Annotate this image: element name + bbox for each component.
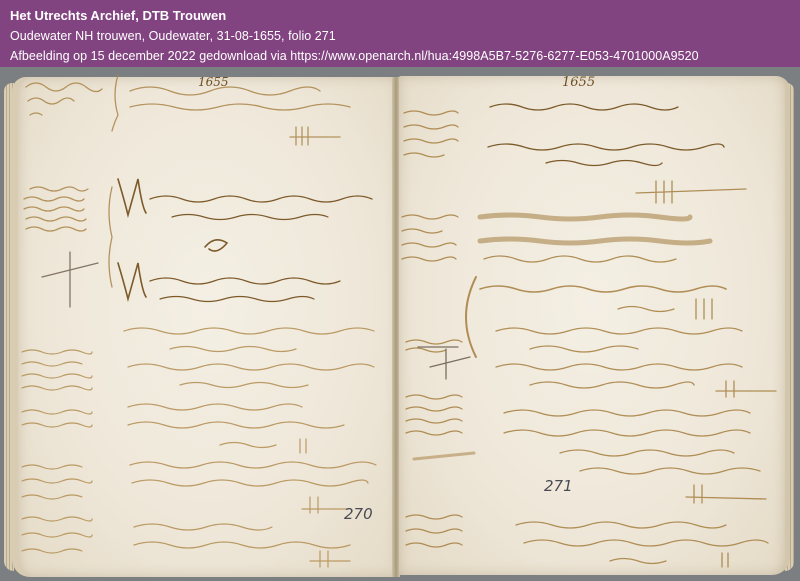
left-year-heading: 1655 (198, 75, 229, 89)
right-year-heading: 1655 (562, 75, 595, 90)
source-attribution: Afbeelding op 15 december 2022 gedownloa… (10, 48, 800, 64)
right-folio-number: 271 (544, 477, 573, 495)
archive-title: Het Utrechts Archief, DTB Trouwen (10, 8, 800, 24)
handwriting-strokes (0, 67, 800, 581)
left-folio-number: 270 (344, 505, 373, 523)
manuscript-scan: 1655 1655 270 271 (0, 67, 800, 581)
record-description: Oudewater NH trouwen, Oudewater, 31-08-1… (10, 28, 800, 44)
record-header: Het Utrechts Archief, DTB Trouwen Oudewa… (0, 0, 800, 67)
